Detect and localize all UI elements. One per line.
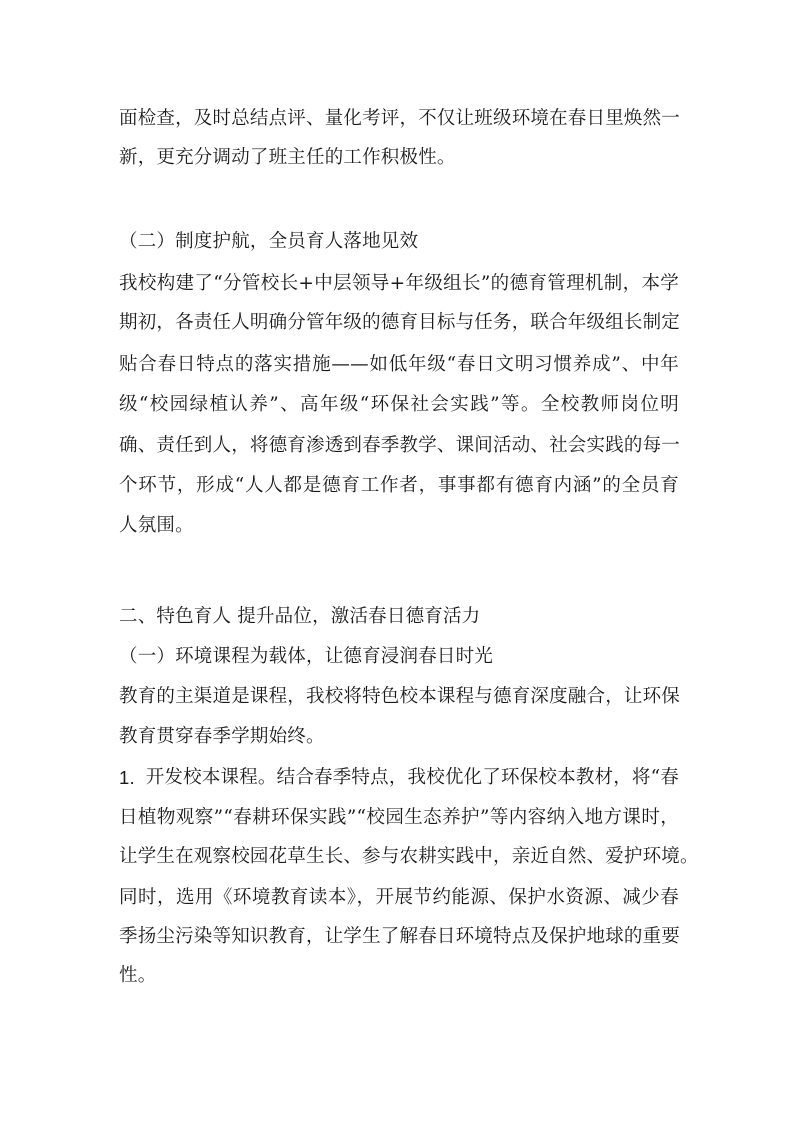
paragraph-line: 面检查，及时总结点评、量化考评，不仅让班级环境在春日里焕然一	[119, 107, 679, 131]
list-item-text: 开发校本课程。结合春季特点，我校优化了环保校本教材，将“春	[146, 766, 679, 790]
paragraph-line: 教育贯穿春季学期始终。	[119, 725, 679, 749]
chapter-heading: 二、特色育人 提升品位，激活春日德育活力	[119, 605, 679, 629]
paragraph-line: 新，更充分调动了班主任的工作积极性。	[119, 146, 679, 170]
paragraph-line: 确、责任到人，将德育渗透到春季教学、课间活动、社会实践的每一	[119, 434, 679, 458]
list-item-1: 1. 开发校本课程。结合春季特点，我校优化了环保校本教材，将“春	[119, 766, 679, 790]
paragraph-line: 让学生在观察校园花草生长、参与农耕实践中，亲近自然、爱护环境。	[119, 845, 679, 869]
paragraph-line: 贴合春日特点的落实措施——如低年级“春日文明习惯养成”、中年	[119, 353, 679, 377]
list-number: 1.	[119, 766, 146, 790]
paragraph-line: 个环节，形成“人人都是德育工作者，事事都有德育内涵”的全员育	[119, 474, 679, 498]
paragraph-line: 期初，各责任人明确分管年级的德育目标与任务，联合年级组长制定	[119, 311, 679, 335]
paragraph-line: 季扬尘污染等知识教育，让学生了解春日环境特点及保护地球的重要	[119, 925, 679, 949]
paragraph-line: 同时，选用《环境教育读本》，开展节约能源、保护水资源、减少春	[119, 886, 679, 910]
document-page: 面检查，及时总结点评、量化考评，不仅让班级环境在春日里焕然一 新，更充分调动了班…	[0, 0, 793, 1122]
paragraph-line: 级“校园绿植认养”、高年级“环保社会实践”等。全校教师岗位明	[119, 393, 679, 417]
paragraph-line: 人氛围。	[119, 514, 679, 538]
paragraph-line: 我校构建了“分管校长+中层领导+年级组长”的德育管理机制，本学	[119, 272, 679, 296]
paragraph-line: 日植物观察”“春耕环保实践”“校园生态养护”等内容纳入地方课时，	[119, 806, 679, 830]
paragraph-line: 教育的主渠道是课程，我校将特色校本课程与德育深度融合，让环保	[119, 685, 679, 709]
paragraph-line: 性。	[119, 964, 679, 988]
subsection-heading: （一）环境课程为载体，让德育浸润春日时光	[119, 645, 679, 669]
section-heading: （二）制度护航，全员育人落地见效	[119, 230, 679, 254]
